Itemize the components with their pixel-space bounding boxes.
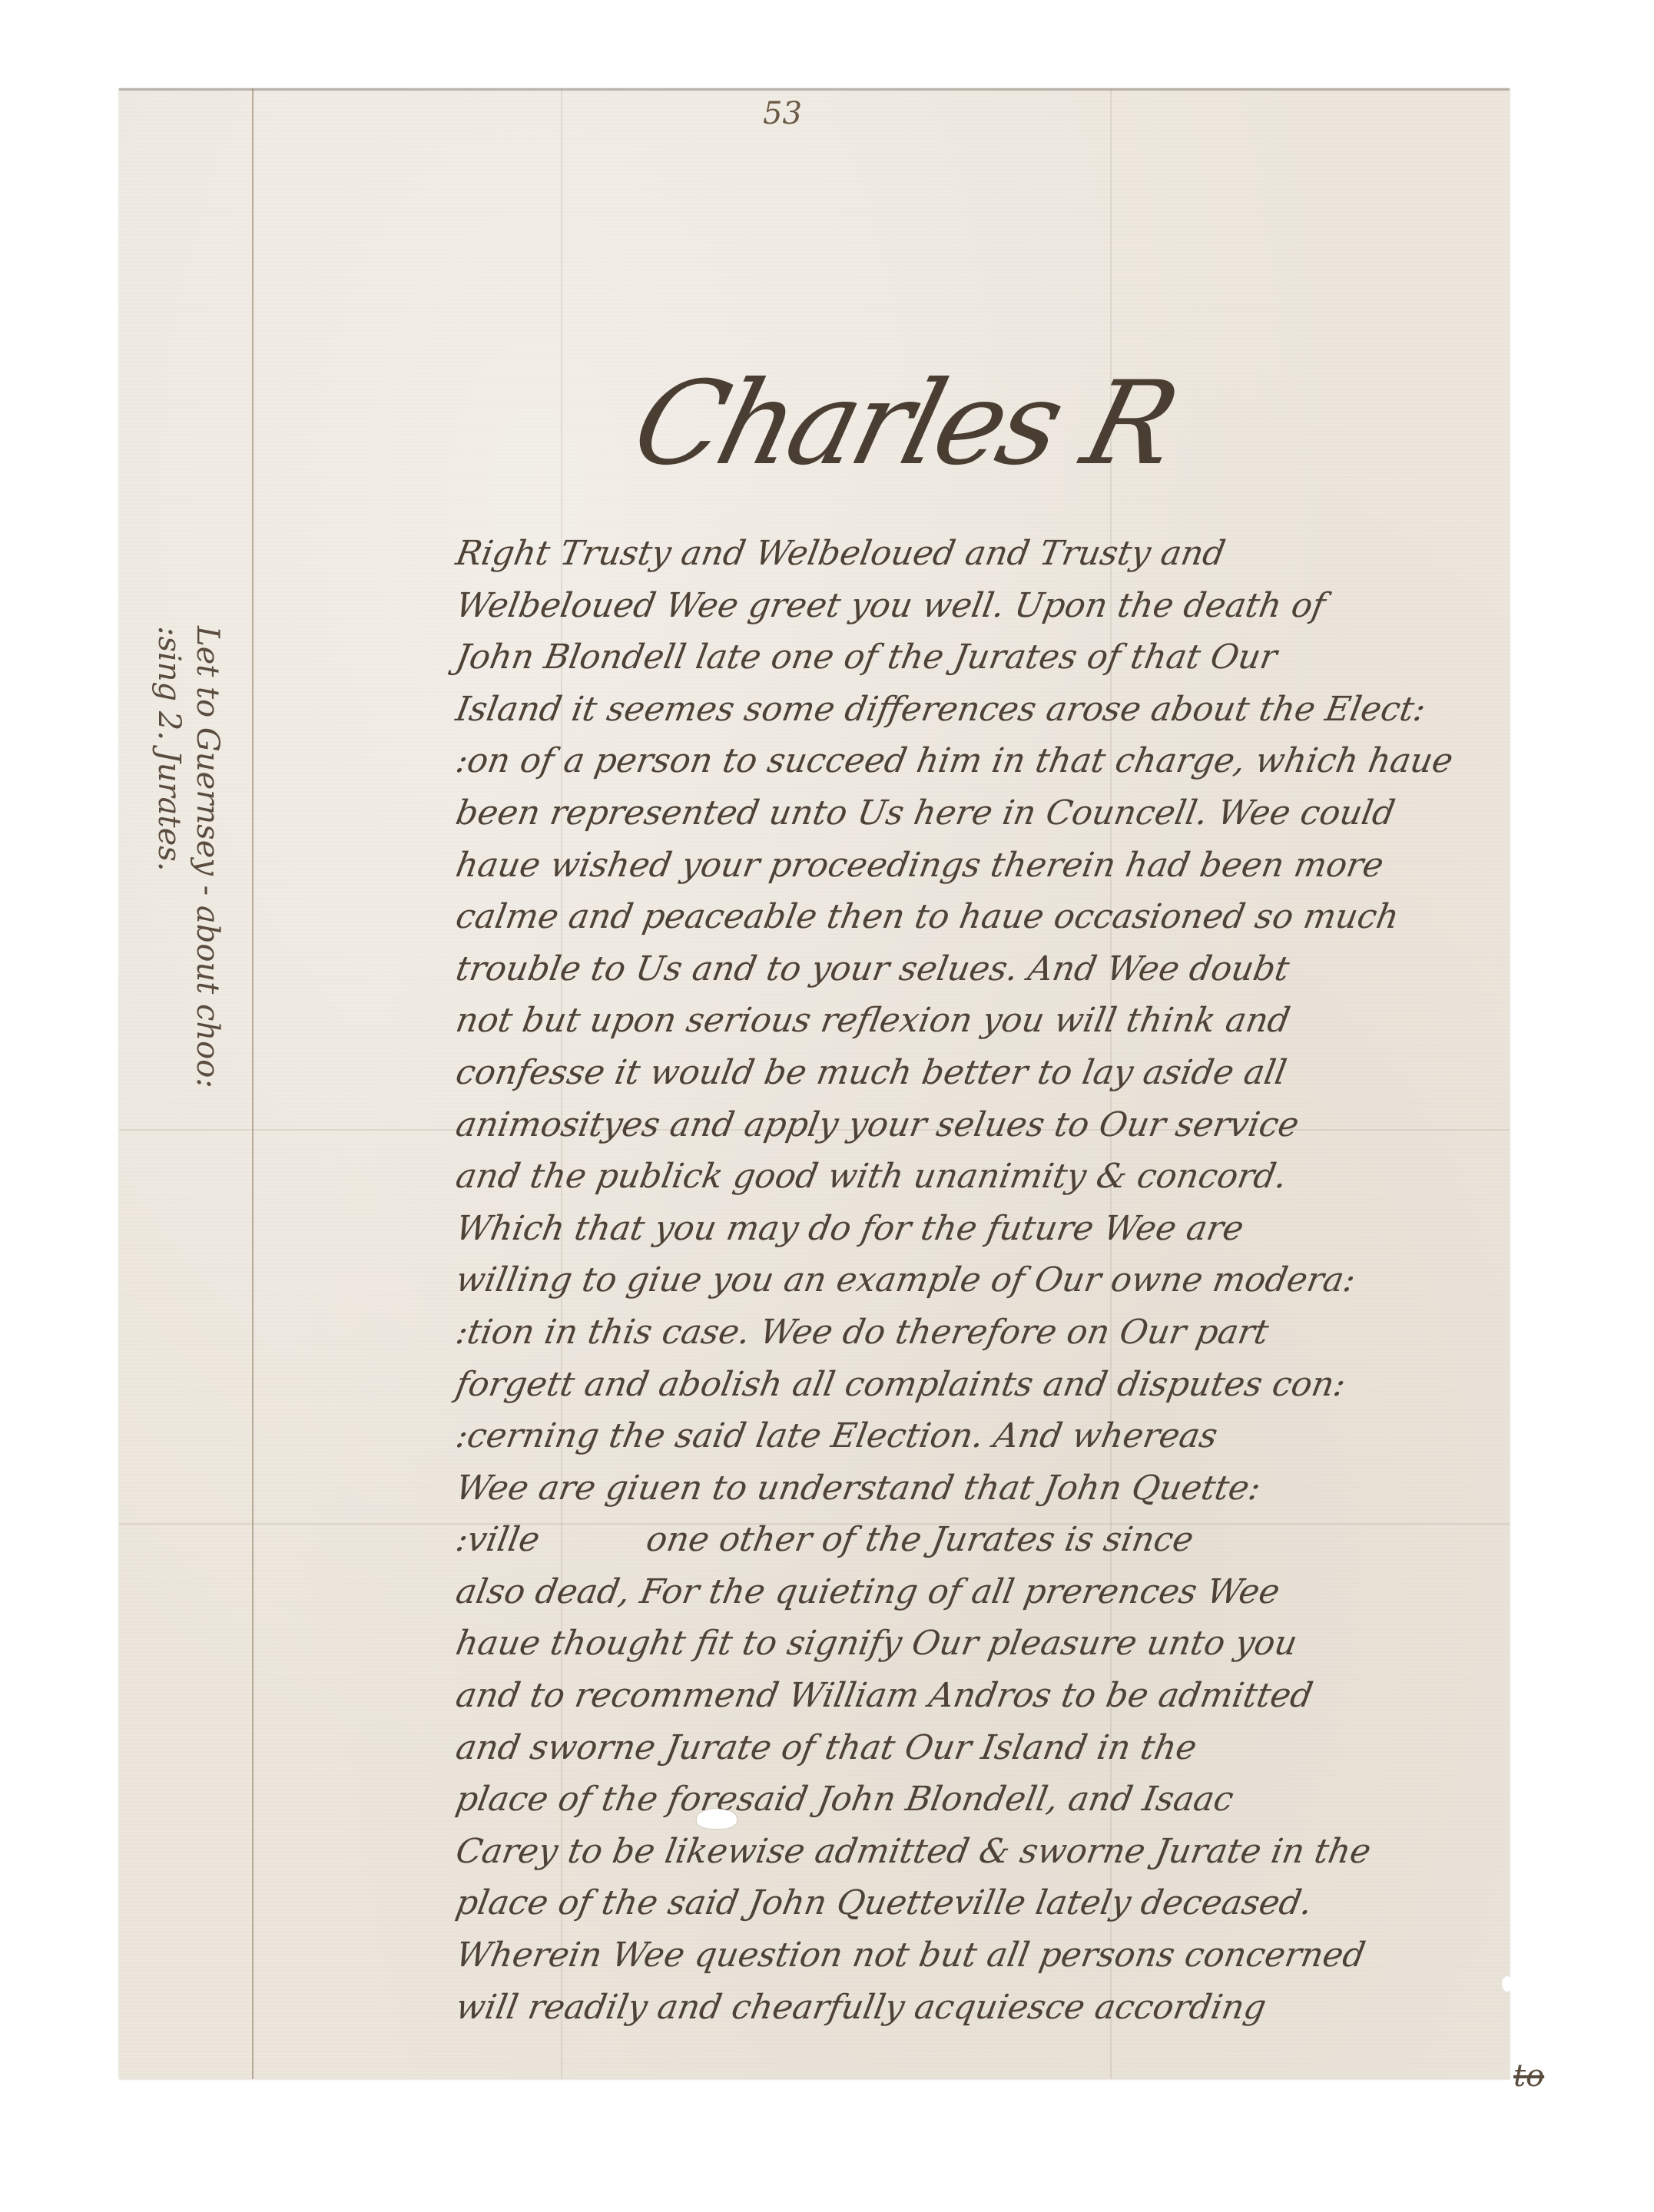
royal-signature: Charles R <box>621 357 1186 491</box>
body-line: and the publick good with unanimity & co… <box>452 1151 1483 1203</box>
body-line: haue thought fit to signify Our pleasure… <box>452 1618 1483 1670</box>
body-line: and sworne Jurate of that Our Island in … <box>452 1722 1483 1774</box>
body-line: and to recommend William Andros to be ad… <box>452 1670 1483 1722</box>
body-line: :on of a person to succeed him in that c… <box>452 735 1483 787</box>
body-line: willing to giue you an example of Our ow… <box>452 1254 1483 1306</box>
folio-number: 53 <box>763 96 802 131</box>
body-line-right-segment: one other of the Jurates is since <box>643 1520 1196 1559</box>
body-line: confesse it would be much better to lay … <box>452 1047 1483 1099</box>
body-line: place of the said John Quetteville latel… <box>452 1877 1483 1929</box>
manuscript-page: 53 Charles R Let to Guernsey - about cho… <box>119 88 1510 2079</box>
body-line: Which that you may do for the future Wee… <box>452 1203 1483 1255</box>
body-line: :villeone other of the Jurates is since <box>452 1514 1483 1566</box>
docket-line-1: Let to Guernsey - about choo: <box>188 626 227 1088</box>
body-line: been represented unto Us here in Councel… <box>452 787 1483 839</box>
body-line: haue wished your proceedings therein had… <box>452 839 1483 892</box>
letter-body: Right Trusty and Welbeloued and Trusty a… <box>452 528 1473 2033</box>
body-line: animosityes and apply your selues to Our… <box>452 1099 1483 1151</box>
body-line: not but upon serious reflexion you will … <box>452 995 1483 1047</box>
body-line: Right Trusty and Welbeloued and Trusty a… <box>452 528 1483 580</box>
left-fold-line <box>252 88 254 2079</box>
paper-hole <box>697 1809 737 1829</box>
docket-line-2: :sing 2. Jurates. <box>150 626 188 1088</box>
body-line: also dead, For the quieting of all prere… <box>452 1566 1483 1618</box>
body-line: :tion in this case. Wee do therefore on … <box>452 1306 1483 1359</box>
body-line: Welbeloued Wee greet you well. Upon the … <box>452 580 1483 632</box>
body-line: Carey to be likewise admitted & sworne J… <box>452 1826 1483 1878</box>
body-line: will readily and chearfully acquiesce ac… <box>452 1982 1483 2034</box>
body-line: Wherein Wee question not but all persons… <box>452 1929 1483 1982</box>
margin-docket: Let to Guernsey - about choo: :sing 2. J… <box>142 626 242 1317</box>
body-line: calme and peaceable then to haue occasio… <box>452 891 1483 943</box>
body-line: John Blondell late one of the Jurates of… <box>452 631 1483 684</box>
body-line: forgett and abolish all complaints and d… <box>452 1359 1483 1411</box>
page-top-edge <box>119 88 1510 91</box>
body-line: Island it seemes some differences arose … <box>452 684 1483 736</box>
body-line: trouble to Us and to your selues. And We… <box>452 943 1483 995</box>
body-line-left-segment: :ville <box>453 1520 543 1559</box>
body-line: Wee are giuen to understand that John Qu… <box>452 1462 1483 1515</box>
body-line: place of the foresaid John Blondell, and… <box>452 1773 1483 1826</box>
catchword: to <box>1513 2058 1544 2094</box>
body-line: :cerning the said late Election. And whe… <box>452 1410 1483 1462</box>
edge-notch <box>1502 1976 1513 1992</box>
